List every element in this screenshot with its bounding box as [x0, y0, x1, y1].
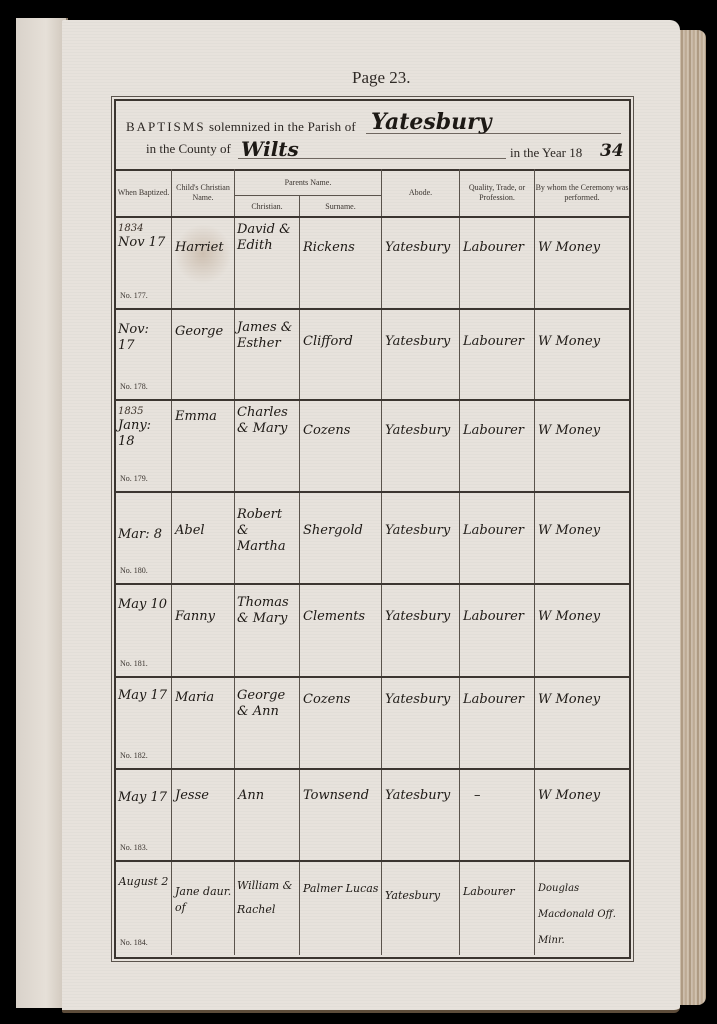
parents-christian: Charles & Mary — [237, 405, 297, 437]
header-child-name: Child's Christian Name. — [172, 169, 235, 216]
baptism-register-table: BAPTISMS solemnized in the Parish of Yat… — [114, 99, 631, 959]
page-number: Page 23. — [352, 68, 411, 88]
trade: Labourer — [463, 334, 532, 350]
abode: Yatesbury — [385, 334, 457, 350]
cell-when: May 10 No. 181. — [116, 585, 172, 676]
parents-christian: David & Edith — [237, 222, 297, 254]
cell-trade: – — [460, 770, 535, 860]
table-row: May 17 No. 183. Jesse Ann Townsend Yates… — [116, 770, 629, 862]
abode: Yatesbury — [385, 609, 457, 625]
child-name: Abel — [175, 523, 232, 539]
year-value: 34 — [600, 141, 624, 161]
parents-christian: Ann — [238, 788, 297, 804]
cell-by-whom: W Money — [535, 585, 629, 676]
cell-surname: Clifford — [300, 310, 382, 399]
child-name: Jane daur. of — [175, 884, 232, 916]
cell-child: Emma — [172, 401, 235, 491]
trade: – — [474, 788, 532, 804]
parents-christian: Thomas & Mary — [237, 595, 297, 627]
cell-by-whom: Douglas Macdonald Off. Minr. — [535, 862, 629, 955]
header-trade: Quality, Trade, or Profession. — [460, 169, 535, 216]
cell-when: May 17 No. 182. — [116, 678, 172, 768]
entry-date: Mar: 8 — [118, 527, 169, 543]
officiant: Douglas Macdonald Off. Minr. — [538, 876, 627, 954]
cell-parents-christian: George & Ann — [235, 678, 300, 768]
entry-number: No. 179. — [120, 470, 148, 487]
table-row: Nov: 17 No. 178. George James & Esther C… — [116, 310, 629, 401]
cell-child: George — [172, 310, 235, 399]
trade: Labourer — [463, 609, 532, 625]
cell-trade: Labourer — [460, 493, 535, 583]
cell-surname: Rickens — [300, 218, 382, 308]
county-label: in the County of — [146, 141, 231, 157]
cell-parents-christian: Charles & Mary — [235, 401, 300, 491]
trade: Labourer — [463, 423, 532, 439]
abode: Yatesbury — [385, 240, 457, 256]
entry-date: May 10 — [118, 597, 169, 613]
register-title-box: BAPTISMS solemnized in the Parish of Yat… — [116, 101, 629, 171]
header-parents-name: Parents Name. — [235, 169, 382, 196]
entry-number: No. 180. — [120, 562, 148, 579]
officiant: W Money — [538, 523, 627, 539]
cell-surname: Cozens — [300, 678, 382, 768]
cell-child: Jesse — [172, 770, 235, 860]
officiant: W Money — [538, 788, 627, 804]
cell-trade: Labourer — [460, 310, 535, 399]
cell-trade: Labourer — [460, 218, 535, 308]
cell-parents-christian: Thomas & Mary — [235, 585, 300, 676]
header-parents-christian: Christian. — [235, 196, 300, 216]
officiant: W Money — [538, 334, 627, 350]
abode: Yatesbury — [385, 692, 457, 708]
table-row: Mar: 8 No. 180. Abel Robert & Martha She… — [116, 493, 629, 585]
cell-surname: Townsend — [300, 770, 382, 860]
cell-trade: Labourer — [460, 401, 535, 491]
abode: Yatesbury — [385, 523, 457, 539]
cell-trade: Labourer — [460, 678, 535, 768]
cell-by-whom: W Money — [535, 493, 629, 583]
table-row: May 17 No. 182. Maria George & Ann Cozen… — [116, 678, 629, 770]
cell-surname: Clements — [300, 585, 382, 676]
table-row: August 2 No. 184. Jane daur. of William … — [116, 862, 629, 955]
cell-abode: Yatesbury — [382, 493, 460, 583]
trade: Labourer — [463, 692, 532, 708]
table-row: May 10 No. 181. Fanny Thomas & Mary Clem… — [116, 585, 629, 678]
county-value: Wilts — [241, 137, 299, 161]
cell-abode: Yatesbury — [382, 862, 460, 955]
child-name: Emma — [175, 409, 232, 425]
cell-trade: Labourer — [460, 585, 535, 676]
cell-abode: Yatesbury — [382, 770, 460, 860]
cell-abode: Yatesbury — [382, 310, 460, 399]
entry-date: May 17 — [118, 790, 169, 806]
header-when-baptized: When Baptized. — [116, 169, 172, 216]
parents-christian: James & Esther — [237, 320, 297, 352]
officiant: W Money — [538, 609, 627, 625]
cell-trade: Labourer — [460, 862, 535, 955]
entry-date: August 2 — [118, 874, 169, 890]
parents-christian: Robert & Martha — [237, 507, 297, 555]
cell-by-whom: W Money — [535, 310, 629, 399]
entry-date: Jany: 18 — [118, 418, 169, 450]
header-abode: Abode. — [382, 169, 460, 216]
cell-by-whom: W Money — [535, 770, 629, 860]
title-prefix: BAPTISMS — [126, 119, 206, 134]
table-row: 1834 Nov 17 No. 177. Harriet David & Edi… — [116, 218, 629, 310]
surname: Clements — [303, 609, 379, 625]
surname: Rickens — [303, 240, 379, 256]
cell-surname: Cozens — [300, 401, 382, 491]
header-parents-surname: Surname. — [300, 196, 382, 216]
child-name: Jesse — [175, 788, 232, 804]
abode: Yatesbury — [385, 888, 457, 904]
cell-surname: Palmer Lucas — [300, 862, 382, 955]
entry-year: 1834 — [118, 222, 169, 235]
entry-date: May 17 — [118, 688, 169, 704]
parents-christian: William & Rachel — [237, 874, 297, 922]
cell-abode: Yatesbury — [382, 678, 460, 768]
surname: Townsend — [303, 788, 379, 804]
surname: Shergold — [303, 523, 379, 539]
surname: Clifford — [303, 334, 379, 350]
cell-parents-christian: Ann — [235, 770, 300, 860]
cell-child: Maria — [172, 678, 235, 768]
surname: Palmer Lucas — [303, 878, 379, 900]
surname: Cozens — [303, 423, 379, 439]
cell-by-whom: W Money — [535, 678, 629, 768]
child-name: George — [175, 324, 232, 340]
cell-parents-christian: William & Rachel — [235, 862, 300, 955]
parents-christian: George & Ann — [237, 688, 297, 720]
cell-when: Nov: 17 No. 178. — [116, 310, 172, 399]
header-by-whom: By whom the Ceremony was performed. — [535, 169, 629, 216]
left-page-leaf — [16, 18, 68, 1008]
cell-child: Jane daur. of — [172, 862, 235, 955]
entry-date: Nov 17 — [118, 235, 169, 251]
entry-number: No. 178. — [120, 378, 148, 395]
trade: Labourer — [463, 523, 532, 539]
cell-abode: Yatesbury — [382, 401, 460, 491]
officiant: W Money — [538, 423, 627, 439]
abode: Yatesbury — [385, 423, 457, 439]
entry-number: No. 183. — [120, 839, 148, 856]
entry-date: Nov: 17 — [118, 322, 169, 354]
cell-parents-christian: James & Esther — [235, 310, 300, 399]
cell-when: Mar: 8 No. 180. — [116, 493, 172, 583]
entry-number: No. 184. — [120, 934, 148, 951]
cell-by-whom: W Money — [535, 401, 629, 491]
abode: Yatesbury — [385, 788, 457, 804]
entry-number: No. 177. — [120, 287, 148, 304]
parish-value: Yatesbury — [371, 109, 492, 135]
cell-child: Abel — [172, 493, 235, 583]
title-line-1: BAPTISMS solemnized in the Parish of — [126, 119, 356, 135]
cell-when: August 2 No. 184. — [116, 862, 172, 955]
surname: Cozens — [303, 692, 379, 708]
entry-number: No. 182. — [120, 747, 148, 764]
cell-when: 1835 Jany: 18 No. 179. — [116, 401, 172, 491]
cell-child: Fanny — [172, 585, 235, 676]
cell-when: 1834 Nov 17 No. 177. — [116, 218, 172, 308]
cell-child: Harriet — [172, 218, 235, 308]
entry-year: 1835 — [118, 405, 169, 418]
officiant: W Money — [538, 240, 627, 256]
trade: Labourer — [463, 884, 532, 900]
child-name: Maria — [175, 690, 232, 706]
cell-parents-christian: David & Edith — [235, 218, 300, 308]
year-label: in the Year 18 — [510, 145, 582, 161]
cell-parents-christian: Robert & Martha — [235, 493, 300, 583]
cell-when: May 17 No. 183. — [116, 770, 172, 860]
cell-abode: Yatesbury — [382, 218, 460, 308]
entry-number: No. 181. — [120, 655, 148, 672]
cell-surname: Shergold — [300, 493, 382, 583]
child-name: Harriet — [175, 240, 232, 256]
table-row: 1835 Jany: 18 No. 179. Emma Charles & Ma… — [116, 401, 629, 493]
title-text: solemnized in the Parish of — [209, 119, 356, 134]
cell-abode: Yatesbury — [382, 585, 460, 676]
officiant: W Money — [538, 692, 627, 708]
trade: Labourer — [463, 240, 532, 256]
column-header-row: When Baptized. Child's Christian Name. P… — [116, 169, 629, 218]
child-name: Fanny — [175, 609, 232, 625]
cell-by-whom: W Money — [535, 218, 629, 308]
